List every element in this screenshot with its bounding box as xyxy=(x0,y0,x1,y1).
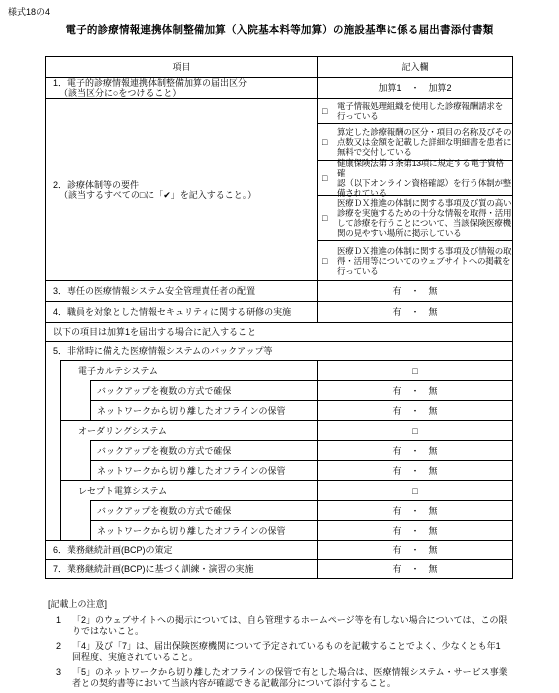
checkbox[interactable]: □ xyxy=(322,213,332,223)
note-number: 2 xyxy=(56,641,72,663)
backup-label: ネットワークから切り離したオフラインの保管 xyxy=(90,460,317,480)
row-bcp-plan: 6．業務継続計画(BCP)の策定 有 ・ 無 xyxy=(46,540,512,559)
checkbox[interactable]: □ xyxy=(322,173,332,183)
checkbox-item: □ 医療ＤＸ推進の体制に関する事項及び質の高い 診療を実施するための十分な情報を… xyxy=(318,195,512,240)
row-notification-category: 1．電子的診療情報連携体制整備加算の届出区分 （該当区分に○をつけること） 加算… xyxy=(46,77,512,98)
backup-row: ネットワークから切り離したオフラインの保管 有 ・ 無 xyxy=(46,520,512,540)
backup-label: バックアップを複数の方式で確保 xyxy=(90,380,317,400)
checkbox-label: 医療ＤＸ推進の体制に関する事項及び情報の取 得・活用等についてのウェブサイトへの… xyxy=(337,246,512,276)
row2-checkbox-stack: □ 電子情報処理組織を使用した診療報酬請求を 行っている □ 算定した診療報酬の… xyxy=(317,99,512,280)
system-checkbox[interactable]: □ xyxy=(317,360,512,380)
checkbox-item: □ 算定した診療報酬の区分・項目の名称及びその 点数又は金額を記載した詳細な明細… xyxy=(318,123,512,160)
checkbox[interactable]: □ xyxy=(322,106,332,116)
note-text: 「2」のウェブサイトへの掲示については、自ら管理するホームページ等を有しない場合… xyxy=(72,615,534,637)
system-row: オーダリングシステム □ xyxy=(46,420,512,440)
row1-entry-choice[interactable]: 加算1 ・ 加算2 xyxy=(317,78,512,98)
criteria-table: 項目 記入欄 1．電子的診療情報連携体制整備加算の届出区分 （該当区分に○をつけ… xyxy=(45,56,513,579)
checkbox[interactable]: □ xyxy=(322,256,332,266)
checkbox-item: □ 電子情報処理組織を使用した診療報酬請求を 行っている xyxy=(318,99,512,123)
form-code: 様式18の4 xyxy=(8,5,50,18)
system-checkbox[interactable]: □ xyxy=(317,420,512,440)
notes-heading: [記載上の注意] xyxy=(48,599,534,610)
row1-sublabel: （該当区分に○をつけること） xyxy=(53,88,317,98)
page-title: 電子的診療情報連携体制整備加算（入院基本料等加算）の施設基準に係る届出書添付書類 xyxy=(0,22,559,37)
note-item: 3 「5」のネットワークから切り離したオフラインの保管で有とした場合は、医療情報… xyxy=(48,667,534,689)
backup-entry-choice[interactable]: 有 ・ 無 xyxy=(317,380,512,400)
checkbox-item: □ 健康保険法第３条第13項に規定する電子資格確 認（以下オンライン資格確認）を… xyxy=(318,160,512,195)
checkbox-label: 電子情報処理組織を使用した診療報酬請求を 行っている xyxy=(337,101,512,121)
checkbox-label: 算定した診療報酬の区分・項目の名称及びその 点数又は金額を記載した詳細な明細書を… xyxy=(337,127,512,157)
backup-entry-choice[interactable]: 有 ・ 無 xyxy=(317,460,512,480)
row-security-training: 4．職員を対象とした情報セキュリティに関する研修の実施 有 ・ 無 xyxy=(46,301,512,322)
backup-label: バックアップを複数の方式で確保 xyxy=(90,440,317,460)
checkbox-item: □ 医療ＤＸ推進の体制に関する事項及び情報の取 得・活用等についてのウェブサイト… xyxy=(318,240,512,280)
row2-sublabel: （該当するすべての□に「✔」を記入すること。） xyxy=(53,190,317,200)
checkbox-label: 医療ＤＸ推進の体制に関する事項及び質の高い 診療を実施するための十分な情報を取得… xyxy=(337,198,512,238)
backup-entry-choice[interactable]: 有 ・ 無 xyxy=(317,500,512,520)
row3-entry-choice[interactable]: 有 ・ 無 xyxy=(317,281,512,301)
system-row: 電子カルテシステム □ xyxy=(46,360,512,380)
backup-label: バックアップを複数の方式で確保 xyxy=(90,500,317,520)
row4-entry-choice[interactable]: 有 ・ 無 xyxy=(317,302,512,322)
backup-row: ネットワークから切り離したオフラインの保管 有 ・ 無 xyxy=(46,400,512,420)
note-item: 1 「2」のウェブサイトへの掲示については、自ら管理するホームページ等を有しない… xyxy=(48,615,534,637)
row7-entry-choice[interactable]: 有 ・ 無 xyxy=(317,560,512,578)
system-name: オーダリングシステム xyxy=(60,420,317,440)
row6-label: 6．業務継続計画(BCP)の策定 xyxy=(46,541,317,559)
column-header-item: 項目 xyxy=(46,57,317,77)
system-name: 電子カルテシステム xyxy=(60,360,317,380)
row6-entry-choice[interactable]: 有 ・ 無 xyxy=(317,541,512,559)
backup-label: ネットワークから切り離したオフラインの保管 xyxy=(90,400,317,420)
form-document: 様式18の4 電子的診療情報連携体制整備加算（入院基本料等加算）の施設基準に係る… xyxy=(0,0,559,693)
backup-entry-choice[interactable]: 有 ・ 無 xyxy=(317,440,512,460)
backup-entry-choice[interactable]: 有 ・ 無 xyxy=(317,520,512,540)
row-security-manager: 3．専任の医療情報システム安全管理責任者の配置 有 ・ 無 xyxy=(46,280,512,301)
row3-label: 3．専任の医療情報システム安全管理責任者の配置 xyxy=(46,281,317,301)
backup-row: バックアップを複数の方式で確保 有 ・ 無 xyxy=(46,440,512,460)
row-backup-header: 5．非常時に備えた医療情報システムのバックアップ等 xyxy=(46,341,512,360)
notes-section: [記載上の注意] 1 「2」のウェブサイトへの掲示については、自ら管理するホーム… xyxy=(48,599,534,689)
backup-row: ネットワークから切り離したオフラインの保管 有 ・ 無 xyxy=(46,460,512,480)
system-checkbox[interactable]: □ xyxy=(317,480,512,500)
checkbox-label: 健康保険法第３条第13項に規定する電子資格確 認（以下オンライン資格確認）を行う… xyxy=(337,158,512,198)
note-number: 3 xyxy=(56,667,72,689)
row4-label: 4．職員を対象とした情報セキュリティに関する研修の実施 xyxy=(46,302,317,322)
note-item: 2 「4」及び「7」は、届出保険医療機関について予定されているものを記載すること… xyxy=(48,641,534,663)
addition1-only-note-row: 以下の項目は加算1を届出する場合に記入すること xyxy=(46,322,512,341)
checkbox[interactable]: □ xyxy=(322,137,332,147)
row7-label: 7．業務継続計画(BCP)に基づく訓練・演習の実施 xyxy=(46,560,317,578)
system-name: レセプト電算システム xyxy=(60,480,317,500)
row1-label: 1．電子的診療情報連携体制整備加算の届出区分 xyxy=(53,78,317,88)
table-header-row: 項目 記入欄 xyxy=(46,57,512,77)
row2-label: 2．診療体制等の要件 xyxy=(53,180,317,190)
note-number: 1 xyxy=(56,615,72,637)
note-text: 「5」のネットワークから切り離したオフラインの保管で有とした場合は、医療情報シス… xyxy=(72,667,534,689)
row-bcp-training: 7．業務継続計画(BCP)に基づく訓練・演習の実施 有 ・ 無 xyxy=(46,559,512,578)
backup-row: バックアップを複数の方式で確保 有 ・ 無 xyxy=(46,500,512,520)
backup-row: バックアップを複数の方式で確保 有 ・ 無 xyxy=(46,380,512,400)
backup-entry-choice[interactable]: 有 ・ 無 xyxy=(317,400,512,420)
note-text: 「4」及び「7」は、届出保険医療機関について予定されているものを記載することでよ… xyxy=(72,641,534,663)
backup-label: ネットワークから切り離したオフラインの保管 xyxy=(90,520,317,540)
column-header-entry: 記入欄 xyxy=(317,57,512,77)
row-care-system-requirements: 2．診療体制等の要件 （該当するすべての□に「✔」を記入すること。） □ 電子情… xyxy=(46,98,512,280)
system-row: レセプト電算システム □ xyxy=(46,480,512,500)
